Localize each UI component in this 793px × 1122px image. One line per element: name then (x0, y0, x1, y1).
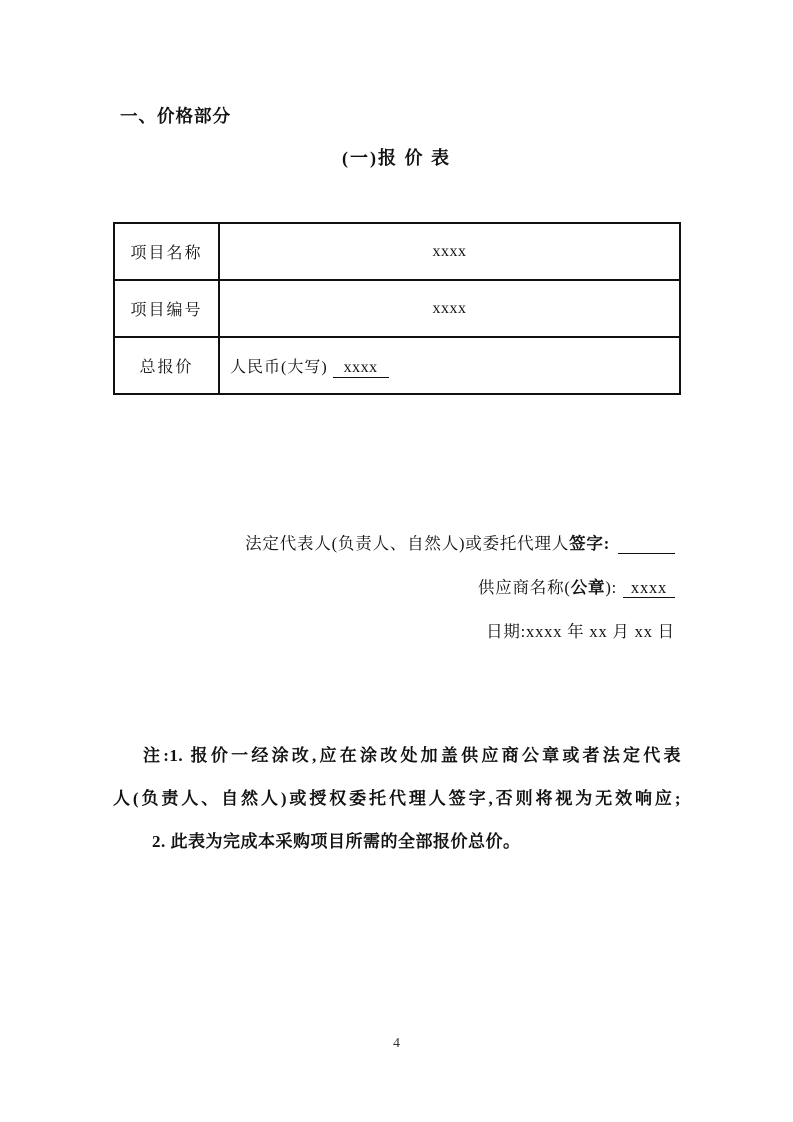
table-row-project-number: 项目编号 xxxx (114, 280, 680, 337)
section-heading: 一、价格部分 (120, 104, 231, 128)
sign-label-bold: 签字: (569, 534, 610, 553)
supplier-name-blank-value: xxxx (623, 579, 675, 598)
supplier-name-close: ): (605, 578, 617, 597)
table-row-project-name: 项目名称 xxxx (114, 223, 680, 280)
page-number: 4 (0, 1036, 793, 1052)
project-number-label: 项目编号 (114, 280, 219, 337)
representative-sign-text: 法定代表人(负责人、自然人)或委托代理人 (245, 534, 569, 553)
notes-block: 注:1. 报价一经涂改,应在涂改处加盖供应商公章或者法定代表 人(负责人、自然人… (113, 734, 681, 863)
official-seal-bold: 公章 (571, 578, 606, 597)
signature-line: 法定代表人(负责人、自然人)或委托代理人签字: (113, 522, 675, 566)
total-quote-blank-value: xxxx (333, 358, 389, 378)
project-name-label: 项目名称 (114, 223, 219, 280)
document-page: 一、价格部分 (一)报 价 表 项目名称 xxxx 项目编号 xxxx 总报价 … (0, 0, 793, 1122)
quote-table-title: (一)报 价 表 (0, 145, 793, 171)
project-name-value: xxxx (219, 223, 680, 280)
date-text: 日期:xxxx 年 xx 月 xx 日 (486, 622, 675, 641)
total-quote-value-cell: 人民币(大写) xxxx (219, 337, 680, 394)
total-quote-label: 总报价 (114, 337, 219, 394)
supplier-name-text: 供应商名称( (478, 578, 571, 597)
note-line-3: 2. 此表为完成本采购项目所需的全部报价总价。 (113, 820, 681, 863)
quote-table: 项目名称 xxxx 项目编号 xxxx 总报价 人民币(大写) xxxx (113, 222, 681, 395)
note-line-1: 注:1. 报价一经涂改,应在涂改处加盖供应商公章或者法定代表 (113, 734, 681, 777)
project-number-value: xxxx (219, 280, 680, 337)
note-line-2: 人(负责人、自然人)或授权委托代理人签字,否则将视为无效响应; (113, 777, 681, 820)
supplier-name-line: 供应商名称(公章):xxxx (113, 566, 675, 610)
date-line: 日期:xxxx 年 xx 月 xx 日 (113, 610, 675, 654)
signature-block: 法定代表人(负责人、自然人)或委托代理人签字: 供应商名称(公章):xxxx 日… (113, 522, 675, 654)
table-row-total-quote: 总报价 人民币(大写) xxxx (114, 337, 680, 394)
total-quote-currency-prefix: 人民币(大写) (230, 359, 328, 376)
signature-blank (618, 535, 675, 554)
